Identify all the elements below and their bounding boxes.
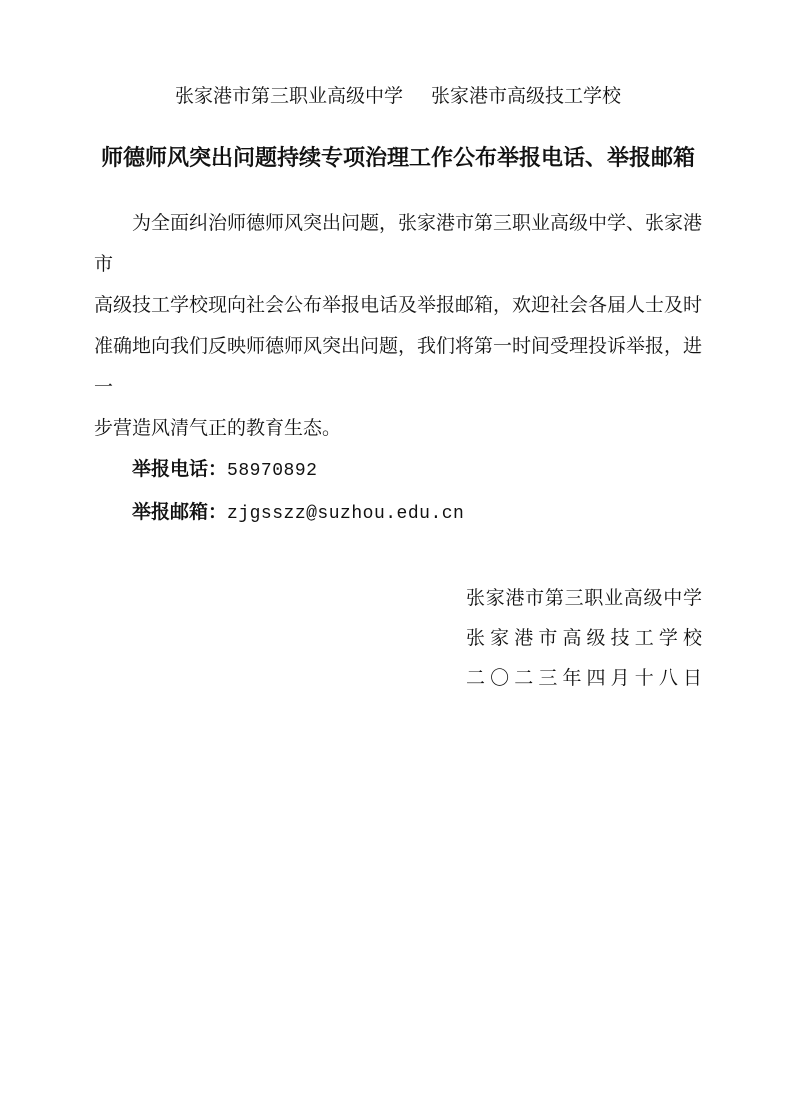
body-paragraph: 为全面纠治师德师风突出问题，张家港市第三职业高级中学、张家港市 高级技工学校现向… <box>94 203 702 449</box>
hotline-row: 举报电话：58970892 <box>94 449 702 492</box>
header-school-1: 张家港市第三职业高级中学 <box>175 86 403 107</box>
paragraph-line-3: 准确地向我们反映师德师风突出问题，我们将第一时间受理投诉举报，进一 <box>94 326 702 408</box>
document-title: 师德师风突出问题持续专项治理工作公布举报电话、举报邮箱 <box>94 144 702 172</box>
signature-block: 张家港市第三职业高级中学 张家港市高级技工学校 二〇二三年四月十八日 <box>466 579 702 699</box>
document-header: 张家港市第三职业高级中学张家港市高级技工学校 <box>94 0 702 108</box>
signature-date: 二〇二三年四月十八日 <box>466 659 702 699</box>
hotline-number: 58970892 <box>227 461 317 481</box>
paragraph-line-4: 步营造风清气正的教育生态。 <box>94 408 702 449</box>
email-address: zjgsszz@suzhou.edu.cn <box>227 504 464 524</box>
signature-school-2: 张家港市高级技工学校 <box>466 619 702 659</box>
document-page: 张家港市第三职业高级中学张家港市高级技工学校 师德师风突出问题持续专项治理工作公… <box>0 0 794 1108</box>
paragraph-line-2: 高级技工学校现向社会公布举报电话及举报邮箱，欢迎社会各届人士及时 <box>94 285 702 326</box>
header-school-2: 张家港市高级技工学校 <box>431 86 621 107</box>
email-row: 举报邮箱：zjgsszz@suzhou.edu.cn <box>94 492 702 535</box>
hotline-label: 举报电话： <box>132 459 227 480</box>
email-label: 举报邮箱： <box>132 502 227 523</box>
paragraph-line-1: 为全面纠治师德师风突出问题，张家港市第三职业高级中学、张家港市 <box>94 203 702 285</box>
signature-school-1: 张家港市第三职业高级中学 <box>466 579 702 619</box>
